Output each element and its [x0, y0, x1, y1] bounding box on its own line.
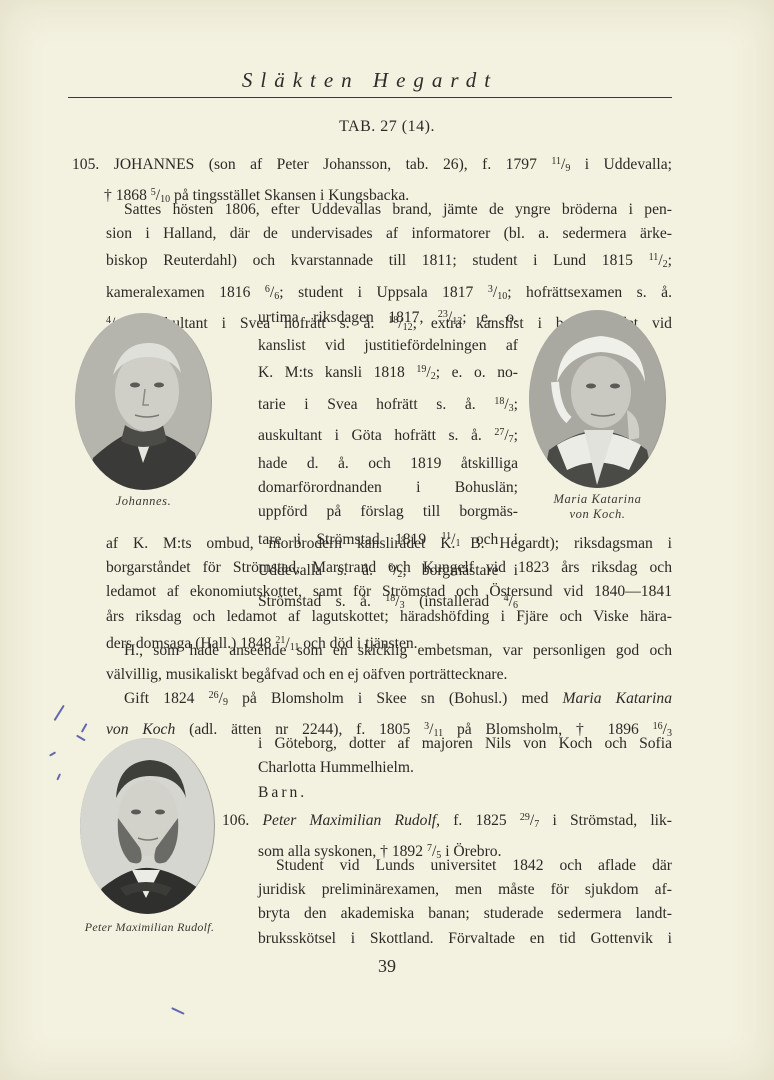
- header-rule: [68, 97, 672, 98]
- entry-name: Peter Maximilian Rudolf: [263, 812, 437, 829]
- portrait-maria-katarina-image: [529, 310, 666, 488]
- portrait-johannes-image: [75, 313, 212, 490]
- table-title: TAB. 27 (14).: [0, 118, 774, 136]
- spouse-surname: von Koch: [106, 721, 175, 738]
- pen-mark: [81, 723, 87, 732]
- pen-mark: [49, 751, 56, 756]
- entry-name: JOHANNES: [114, 156, 195, 173]
- entry-number: 105.: [72, 156, 99, 173]
- entry-number: 106.: [222, 812, 249, 829]
- pen-mark: [171, 1007, 184, 1014]
- pen-mark: [54, 705, 65, 721]
- portrait-peter-maximilian-rudolf-image: [80, 738, 215, 914]
- running-head: Släkten Hegardt: [68, 68, 672, 93]
- caption-peter-maximilian-rudolf: Peter Maximilian Rudolf.: [62, 920, 237, 935]
- caption-maria-katarina: Maria Katarina von Koch.: [529, 492, 666, 522]
- pen-mark: [56, 773, 60, 780]
- pen-mark: [76, 735, 85, 741]
- entry-105-marriage-continued: i Göteborg, dotter af majoren Nils von K…: [258, 732, 672, 780]
- caption-johannes: Johannes.: [75, 494, 212, 509]
- portrait-johannes: [75, 313, 212, 490]
- spouse-name: Maria Katarina: [563, 690, 672, 707]
- entry-105-paragraph-2: H., som hade anseende som en skicklig em…: [106, 639, 672, 687]
- page-number: 39: [0, 956, 774, 977]
- children-heading: Barn.: [258, 781, 458, 805]
- portrait-peter-maximilian-rudolf: [80, 738, 215, 914]
- portrait-maria-katarina: [529, 310, 666, 488]
- entry-106-paragraph: Student vid Lunds universitet 1842 och a…: [258, 854, 672, 951]
